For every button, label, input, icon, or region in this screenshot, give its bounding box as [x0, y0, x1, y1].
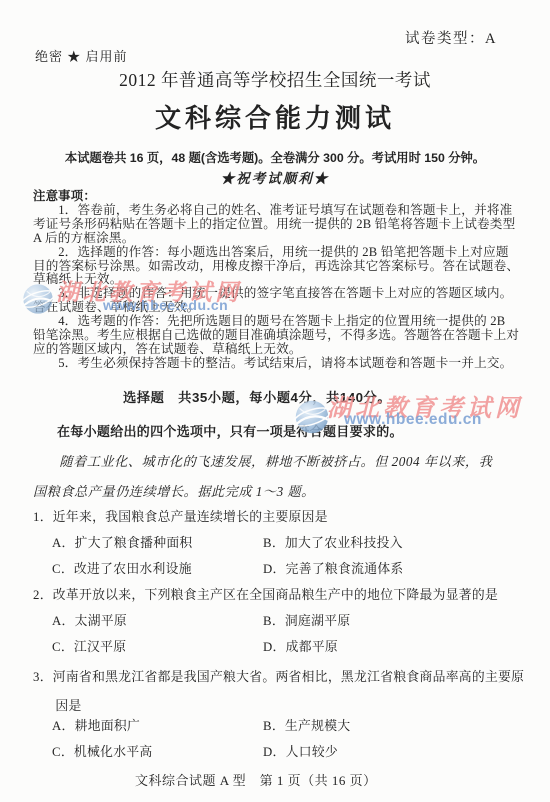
option-b: B．洞庭湖平原 [263, 610, 498, 629]
exam-title: 2012 年普通高等学校招生全国统一考试 [0, 67, 550, 92]
question-3-options-row-2: C．机械化水平高 D．人口较少 [52, 741, 498, 760]
option-b: B．生产规模大 [263, 715, 498, 734]
note-item: 5．考生必须保持答题卡的整洁。考试结束后，请将本试题卷和答题卡一并上交。 [33, 357, 521, 371]
note-item: 4．选考题的作答：先把所选题目的题号在答题卡上指定的位置用统一提供的 2B 铅笔… [33, 315, 521, 357]
question-1-options-row-2: C．改进了农田水利设施 D．完善了粮食流通体系 [52, 558, 498, 577]
option-b: B．加大了农业科技投入 [263, 532, 498, 551]
note-item: 1．答卷前，考生务必将自己的姓名、准考证号填写在试题卷和答题卡上，并将准考证号条… [33, 204, 521, 246]
paper-type-label: 试卷类型：A [405, 27, 497, 48]
option-d: D．成都平原 [263, 636, 498, 655]
option-c: C．改进了农田水利设施 [52, 558, 263, 577]
exam-paper-page: 试卷类型：A 绝密 ★ 启用前 2012 年普通高等学校招生全国统一考试 文科综… [0, 0, 550, 802]
option-a: A．耕地面积广 [52, 715, 263, 734]
wish-line: ★祝考试顺利★ [0, 167, 550, 187]
watermark-url: www.hbee.edu.cn [344, 411, 482, 429]
option-d: D．完善了粮食流通体系 [263, 558, 498, 577]
intro-passage: 随着工业化、城市化的飞速发展，耕地不断被挤占。但 2004 年以来，我国粮食总产… [33, 447, 505, 507]
globe-icon [19, 280, 57, 318]
question-2-options-row-1: A．太湖平原 B．洞庭湖平原 [52, 610, 498, 629]
option-a: A．太湖平原 [52, 610, 263, 629]
question-1-stem: 1．近年来，我国粮食总产量连续增长的主要原因是 [33, 506, 328, 525]
question-3-stem: 3．河南省和黑龙江省都是我国产粮大省。两省相比，黑龙江省粮食商品率高的主要原因是 [33, 663, 535, 721]
question-2-options-row-2: C．江汉平原 D．成都平原 [52, 636, 498, 655]
page-footer: 文科综合试题 A 型 第 1 页（共 16 页） [135, 770, 377, 789]
option-c: C．机械化水平高 [52, 741, 263, 760]
subject-title: 文科综合能力测试 [0, 98, 550, 135]
notes-heading: 注意事项： [33, 190, 521, 204]
question-1-options-row-1: A．扩大了粮食播种面积 B．加大了农业科技投入 [52, 532, 498, 551]
secrecy-label: 绝密 ★ 启用前 [35, 46, 128, 65]
question-2-stem: 2．改革开放以来，下列粮食主产区在全国商品粮生产中的地位下降最为显著的是 [33, 584, 498, 603]
exam-info-line: 本试题卷共 16 页，48 题(含选考题)。全卷满分 300 分。考试用时 15… [0, 148, 550, 166]
option-c: C．江汉平原 [52, 636, 263, 655]
watermark-url: www.hbee.edu.cn [103, 297, 228, 313]
question-3-options-row-1: A．耕地面积广 B．生产规模大 [52, 715, 498, 734]
option-d: D．人口较少 [263, 741, 498, 760]
option-a: A．扩大了粮食播种面积 [52, 532, 263, 551]
